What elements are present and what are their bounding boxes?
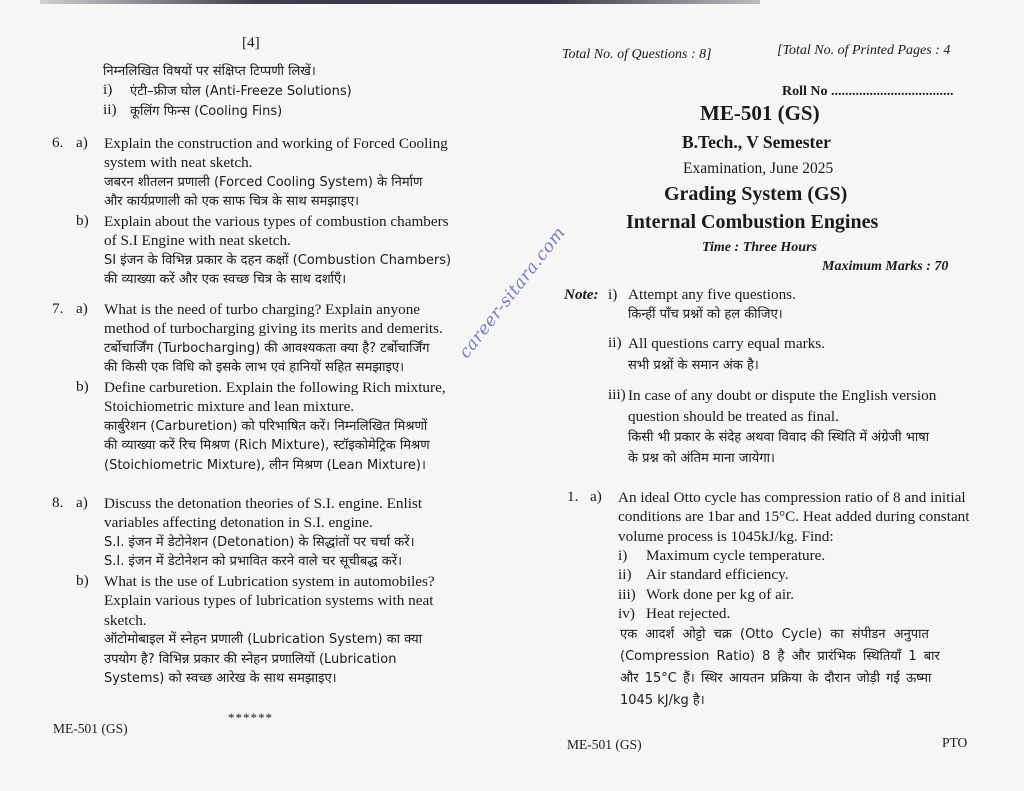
question-number: 6. <box>52 134 63 152</box>
footer-paper-code: ME-501 (GS) <box>567 735 642 754</box>
left-page: [4] निम्नलिखित विषयों पर संक्षिप्त टिप्प… <box>0 0 512 791</box>
note-label-i: i) <box>608 285 617 304</box>
question-part-label: a) <box>76 134 88 152</box>
text-line: variables affecting detonation in S.I. e… <box>104 513 422 532</box>
text-line: जबरन शीतलन प्रणाली (Forced Cooling Syste… <box>104 173 448 192</box>
text-line: उपयोग है? विभिन्न प्रकार की स्नेहन प्रणा… <box>104 650 435 669</box>
question-7b: Define carburetion. Explain the followin… <box>104 378 446 475</box>
text-line: सभी प्रश्नों के समान अंक है। <box>628 355 825 377</box>
text-line: conditions are 1bar and 15°C. Heat added… <box>618 507 970 526</box>
text-line: के प्रश्न को अंतिम माना जायेगा। <box>628 448 936 469</box>
text-line: की किसी एक विधि को इसके लाभ एवं हानियों … <box>104 358 443 377</box>
note-1: Attempt any five questions. किन्हीं पाँच… <box>628 285 796 325</box>
question-8a: Discuss the detonation theories of S.I. … <box>104 494 422 572</box>
q5-item-text: कूलिंग फिन्स (Cooling Fins) <box>130 102 282 121</box>
text-line: question should be treated as final. <box>628 406 936 427</box>
text-line: SI इंजन के विभिन्न प्रकार के दहन कक्षों … <box>104 251 451 270</box>
question-part-label: a) <box>76 494 88 512</box>
text-line: volume process is 1045kJ/kg. Find: <box>618 527 970 546</box>
question-part-label: a) <box>590 488 602 506</box>
text-line: टर्बोचार्जिंग (Turbocharging) की आवश्यकत… <box>104 339 443 358</box>
footer-paper-code: ME-501 (GS) <box>53 719 128 738</box>
question-1a: An ideal Otto cycle has compression rati… <box>618 488 970 546</box>
text-line: (Compression Ratio) 8 है और प्रारंभिक स्… <box>620 646 940 668</box>
subject-title: Internal Combustion Engines <box>626 211 878 234</box>
question-number: 8. <box>52 494 63 512</box>
text-line: What is the use of Lubrication system in… <box>104 572 435 591</box>
text-line: Discuss the detonation theories of S.I. … <box>104 494 422 513</box>
end-mark: ****** <box>228 708 273 727</box>
text-line: और कार्यप्रणाली को एक साफ चित्र के साथ स… <box>104 192 448 211</box>
question-1a-subitems: i)Maximum cycle temperature. ii)Air stan… <box>618 546 825 624</box>
subitem: iv)Heat rejected. <box>618 604 825 623</box>
text-line: Explain various types of lubrication sys… <box>104 591 435 610</box>
question-part-label: b) <box>76 378 89 396</box>
text-line: Attempt any five questions. <box>628 285 796 305</box>
subitem: iii)Work done per kg of air. <box>618 585 825 604</box>
text-line: किसी भी प्रकार के संदेह अथवा विवाद की स्… <box>628 427 936 448</box>
text-line: एक आदर्श ओट्टो चक्र (Otto Cycle) का संपी… <box>620 624 940 646</box>
question-6a: Explain the construction and working of … <box>104 134 448 212</box>
text-line: An ideal Otto cycle has compression rati… <box>618 488 970 507</box>
total-questions: Total No. of Questions : 8] <box>562 45 712 64</box>
q5-instruction: निम्नलिखित विषयों पर संक्षिप्त टिप्पणी ल… <box>103 61 316 79</box>
text-line: की व्याख्या करें और एक स्वच्छ चित्र के स… <box>104 270 451 289</box>
question-8b: What is the use of Lubrication system in… <box>104 572 435 688</box>
note-label: Note: <box>564 285 599 304</box>
text-line: of S.I Engine with neat sketch. <box>104 231 451 250</box>
text-line: Define carburetion. Explain the followin… <box>104 378 446 397</box>
text-line: और 15°C हैं। स्थिर आयतन प्रक्रिया के दौर… <box>620 668 940 690</box>
exam-session: Examination, June 2025 <box>683 160 833 178</box>
roll-no: Roll No ................................… <box>782 82 954 101</box>
text-line: ऑटोमोबाइल में स्नेहन प्रणाली (Lubricatio… <box>104 630 435 649</box>
text-line: Explain the construction and working of … <box>104 134 448 153</box>
text-line: system with neat sketch. <box>104 153 448 172</box>
right-page: Total No. of Questions : 8] [Total No. o… <box>512 0 1024 791</box>
text-line: (Stoichiometric Mixture), लीन मिश्रण (Le… <box>104 456 446 475</box>
note-label-iii: iii) <box>608 385 626 404</box>
paper-code: ME-501 (GS) <box>700 101 820 126</box>
text-line: किन्हीं पाँच प्रश्नों को हल कीजिए। <box>628 305 796 325</box>
question-part-label: a) <box>76 300 88 318</box>
q5-item-label: ii) <box>103 100 117 119</box>
text-line: In case of any doubt or dispute the Engl… <box>628 385 936 406</box>
total-pages: [Total No. of Printed Pages : 4 <box>777 41 950 60</box>
page-number: [4] <box>242 33 260 52</box>
question-number: 1. <box>567 488 578 506</box>
max-marks: Maximum Marks : 70 <box>822 259 948 275</box>
text-line: S.I. इंजन में डेटोनेशन (Detonation) के स… <box>104 533 422 552</box>
text-line: S.I. इंजन में डेटोनेशन को प्रभावित करने … <box>104 552 422 571</box>
q5-item-text: एंटी–फ्रीज घोल (Anti-Freeze Solutions) <box>130 82 352 101</box>
question-part-label: b) <box>76 572 89 590</box>
question-number: 7. <box>52 300 63 318</box>
subitem: ii)Air standard efficiency. <box>618 565 825 584</box>
question-7a: What is the need of turbo charging? Expl… <box>104 300 443 378</box>
course: B.Tech., V Semester <box>682 132 831 153</box>
grading-system: Grading System (GS) <box>664 183 847 206</box>
exam-time: Time : Three Hours <box>702 240 817 256</box>
subitem: i)Maximum cycle temperature. <box>618 546 825 565</box>
text-line: method of turbocharging giving its merit… <box>104 319 443 338</box>
text-line: की व्याख्या करें रिच मिश्रण (Rich Mixtur… <box>104 436 446 455</box>
note-label-ii: ii) <box>608 333 622 352</box>
text-line: Explain about the various types of combu… <box>104 212 451 231</box>
question-1a-hindi: एक आदर्श ओट्टो चक्र (Otto Cycle) का संपी… <box>620 624 940 712</box>
text-line: कार्बुरेशन (Carburetion) को परिभाषित करे… <box>104 417 446 436</box>
text-line: 1045 kJ/kg है। <box>620 690 940 712</box>
note-2: All questions carry equal marks. सभी प्र… <box>628 333 825 377</box>
text-line: Systems) को स्वच्छ आरेख के साथ समझाइए। <box>104 669 435 688</box>
q5-item-label: i) <box>103 80 112 99</box>
question-6b: Explain about the various types of combu… <box>104 212 451 290</box>
question-part-label: b) <box>76 212 89 230</box>
note-3: In case of any doubt or dispute the Engl… <box>628 385 936 469</box>
text-line: All questions carry equal marks. <box>628 333 825 355</box>
text-line: sketch. <box>104 611 435 630</box>
text-line: Stoichiometric mixture and lean mixture. <box>104 397 446 416</box>
text-line: What is the need of turbo charging? Expl… <box>104 300 443 319</box>
footer-pto: PTO <box>942 733 967 752</box>
